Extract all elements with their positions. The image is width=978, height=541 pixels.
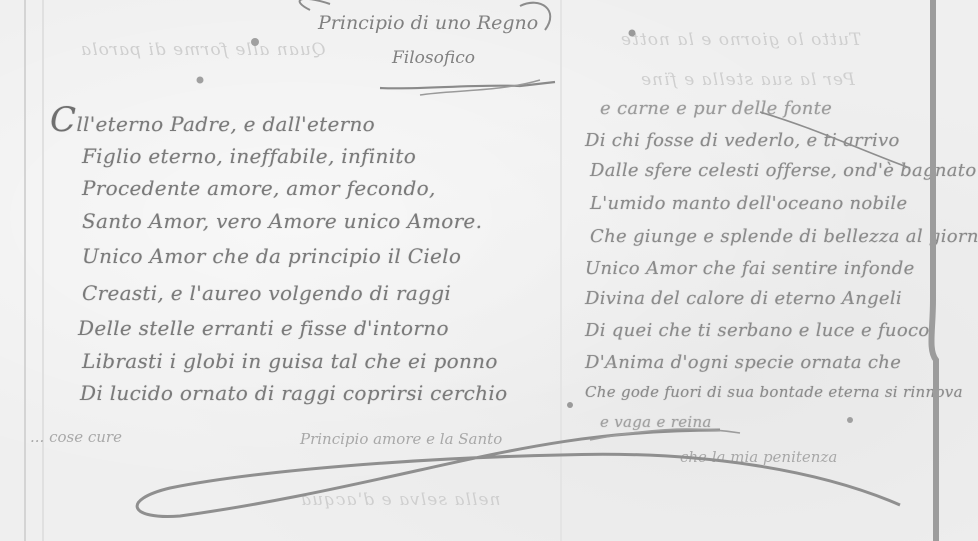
ink-flourishes — [0, 0, 978, 541]
manuscript-page: Quan alle forme di parola Tutto lo giorn… — [0, 0, 978, 541]
